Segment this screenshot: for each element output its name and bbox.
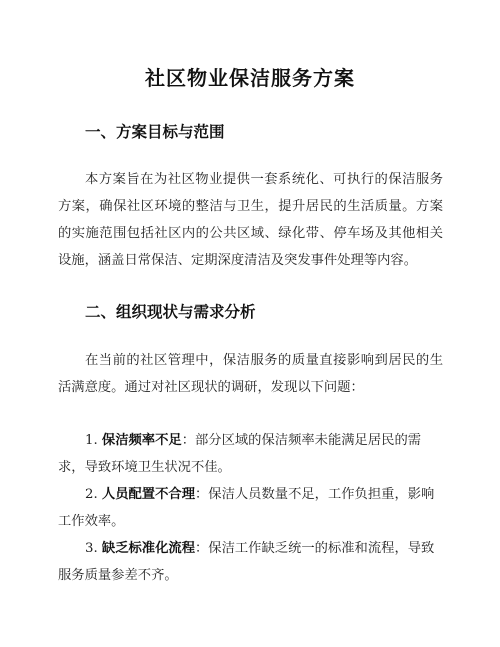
list-item-label: 缺乏标准化流程	[102, 541, 195, 556]
section-1-paragraph: 本方案旨在为社区物业提供一套系统化、可执行的保洁服务方案，确保社区环境的整洁与卫…	[58, 166, 443, 274]
list-item-separator: ：	[195, 487, 208, 502]
list-item: 3. 缺乏标准化流程：保洁工作缺乏统一的标准和流程，导致服务质量参差不齐。	[58, 535, 443, 589]
section-heading-2: 二、组织现状与需求分析	[85, 300, 256, 322]
list-item-separator: ：	[195, 541, 208, 556]
list-item-label: 人员配置不合理	[102, 487, 195, 502]
list-item: 1. 保洁频率不足：部分区域的保洁频率未能满足居民的需求，导致环境卫生状况不佳。	[58, 427, 443, 481]
list-item-number: 1.	[85, 433, 102, 448]
list-item-separator: ：	[182, 433, 195, 448]
section-2-paragraph: 在当前的社区管理中，保洁服务的质量直接影响到居民的生活满意度。通过对社区现状的调…	[58, 347, 443, 401]
list-item-number: 2.	[85, 487, 102, 502]
list-item: 2. 人员配置不合理：保洁人员数量不足，工作负担重，影响工作效率。	[58, 481, 443, 535]
list-item-label: 保洁频率不足	[102, 433, 182, 448]
section-heading-1: 一、方案目标与范围	[85, 120, 225, 142]
list-item-number: 3.	[85, 541, 102, 556]
document-title: 社区物业保洁服务方案	[0, 62, 500, 91]
